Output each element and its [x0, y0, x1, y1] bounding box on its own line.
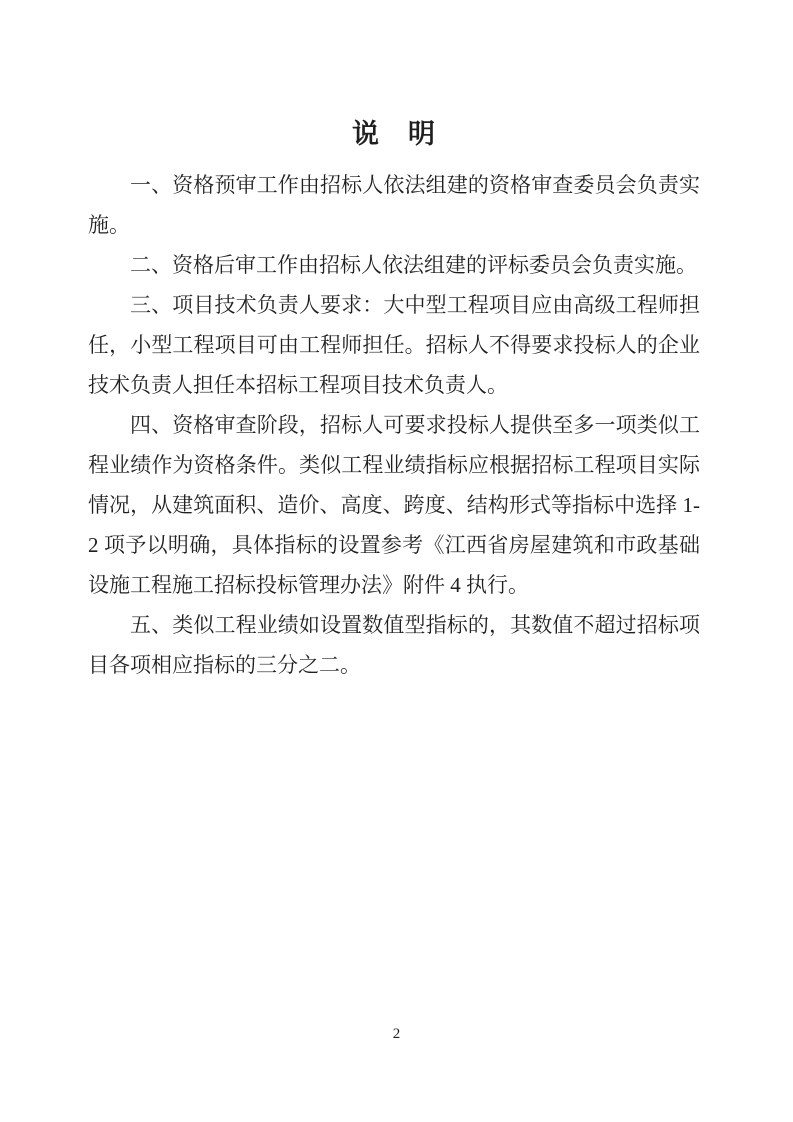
paragraph-4: 四、资格审查阶段，招标人可要求投标人提供至多一项类似工程业绩作为资格条件。类似工…: [88, 405, 700, 605]
document-page: 说 明 一、资格预审工作由招标人依法组建的资格审查委员会负责实施。 二、资格后审…: [0, 0, 793, 1122]
paragraph-2: 二、资格后审工作由招标人依法组建的评标委员会负责实施。: [88, 245, 700, 285]
document-content: 说 明 一、资格预审工作由招标人依法组建的资格审查委员会负责实施。 二、资格后审…: [88, 114, 700, 685]
document-title: 说 明: [88, 114, 700, 154]
paragraph-1: 一、资格预审工作由招标人依法组建的资格审查委员会负责实施。: [88, 165, 700, 245]
paragraph-5: 五、类似工程业绩如设置数值型指标的，其数值不超过招标项目各项相应指标的三分之二。: [88, 605, 700, 685]
document-body: 一、资格预审工作由招标人依法组建的资格审查委员会负责实施。 二、资格后审工作由招…: [88, 165, 700, 685]
page-number: 2: [0, 1026, 793, 1043]
paragraph-3: 三、项目技术负责人要求：大中型工程项目应由高级工程师担任，小型工程项目可由工程师…: [88, 285, 700, 405]
